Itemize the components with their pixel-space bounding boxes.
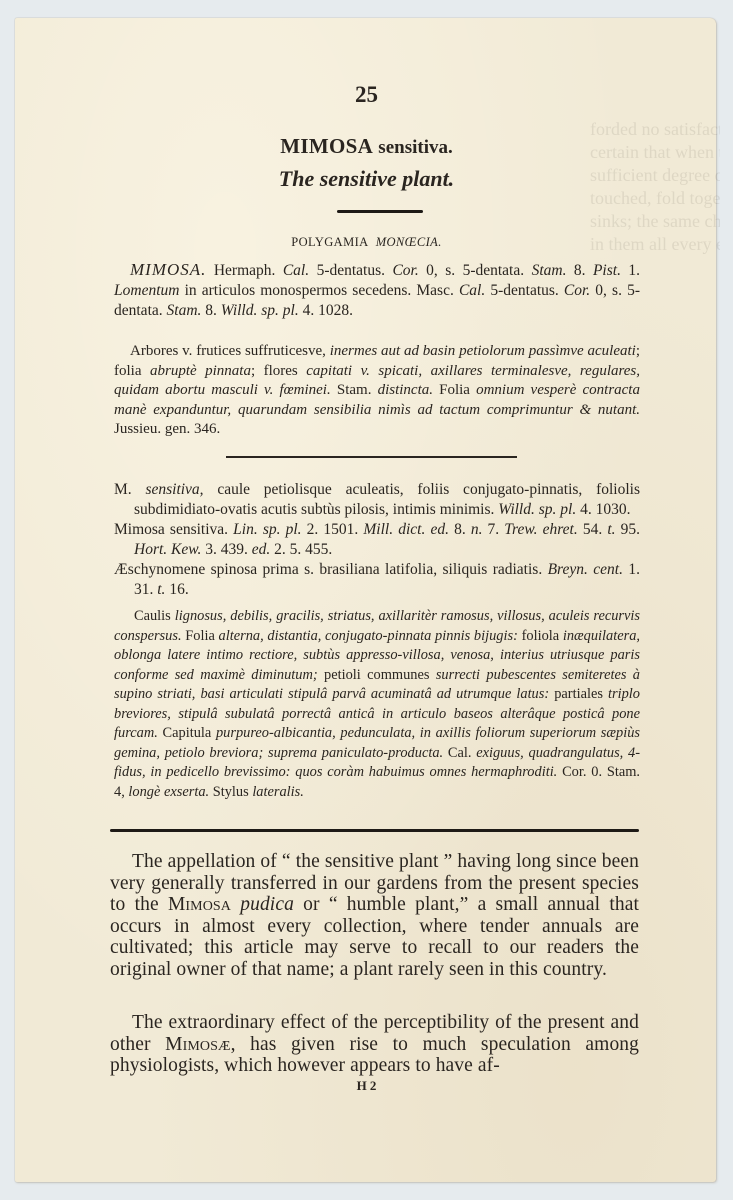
printer-signature: H 2 xyxy=(0,1078,733,1094)
family-character: Arbores v. frutices suffruticesve, inerm… xyxy=(114,342,640,440)
text: 1. xyxy=(621,262,640,279)
text: lateralis. xyxy=(252,784,304,800)
body-paragraph-2: The extraordinary effect of the percepti… xyxy=(110,1012,639,1077)
text: petioli communes xyxy=(318,667,436,683)
text: Folia xyxy=(433,382,476,398)
text: 2. 1501. xyxy=(302,521,364,538)
page-number: 25 xyxy=(0,82,733,108)
synonymy: M. sensitiva, caule petiolisque aculeati… xyxy=(114,480,640,600)
common-name: The sensitive plant. xyxy=(0,166,733,192)
text: t. xyxy=(607,521,615,538)
order-name: MONŒCIA. xyxy=(376,235,442,249)
text: 95. xyxy=(616,521,641,538)
text: Cal. xyxy=(283,262,309,279)
text: foliola xyxy=(518,628,563,644)
species-description: Caulis lignosus, debilis, gracilis, stri… xyxy=(114,607,640,802)
text: Mimosa xyxy=(168,894,231,915)
body-paragraph-1: The appellation of “ the sensitive plant… xyxy=(110,851,639,980)
text: longè exserta. xyxy=(128,784,209,800)
text: 4. 1028. xyxy=(299,302,353,319)
text: abruptè pinnata xyxy=(150,363,251,379)
text: Cal. xyxy=(459,282,485,299)
text: Hermaph. xyxy=(206,262,282,279)
citation: Trew. ehret. xyxy=(504,521,577,538)
text: Stam. xyxy=(532,262,567,279)
genus-name: MIMOSA xyxy=(280,134,373,158)
text: ed. xyxy=(252,541,271,558)
text: Cor. xyxy=(564,282,590,299)
text: Folia xyxy=(182,628,219,644)
text: 4. 1030. xyxy=(576,501,630,518)
citation: Breyn. cent. xyxy=(548,561,623,578)
text: 0, s. 5-dentata. xyxy=(419,262,532,279)
text: 7. xyxy=(482,521,504,538)
species-title: MIMOSA sensitiva. xyxy=(0,134,733,159)
text: Cor. xyxy=(392,262,418,279)
title-divider xyxy=(337,210,423,213)
text: Stylus xyxy=(209,784,252,800)
text: ; flores xyxy=(251,363,306,379)
section-divider-long xyxy=(110,829,639,832)
text: Mimosa sensitiva. xyxy=(114,521,233,538)
text: 8. xyxy=(449,521,471,538)
text: 54. xyxy=(578,521,608,538)
bleed-line: sinks; the same change of position takes… xyxy=(590,210,720,233)
text: Æschynomene spinosa prima s. brasiliana … xyxy=(114,561,548,578)
citation: Hort. Kew. xyxy=(134,541,201,558)
text: partiales xyxy=(549,686,608,702)
citation: Willd. sp. pl. xyxy=(498,501,576,518)
text: Caulis xyxy=(134,608,175,624)
text: Stam. xyxy=(167,302,202,319)
text: pudica xyxy=(231,894,294,915)
text: Capitula xyxy=(158,725,216,741)
text: Stam. xyxy=(331,382,378,398)
text: 3. 439. xyxy=(201,541,251,558)
section-divider xyxy=(226,456,517,458)
text: distincta. xyxy=(378,382,433,398)
generic-character: MIMOSA. Hermaph. Cal. 5-dentatus. Cor. 0… xyxy=(114,260,640,321)
synonym-entry: Mimosa sensitiva. Lin. sp. pl. 2. 1501. … xyxy=(114,520,640,560)
genus-lead: MIMOSA. xyxy=(130,260,206,279)
text: n. xyxy=(471,521,483,538)
text: inermes aut ad basin petiolorum passìmve… xyxy=(330,343,636,359)
text: Jussieu. gen. 346. xyxy=(114,421,220,437)
text: 16. xyxy=(165,581,188,598)
citation: Mill. dict. ed. xyxy=(363,521,449,538)
text: sensitiva, xyxy=(145,481,203,498)
class-name: POLYGAMIA xyxy=(291,235,368,249)
synonym-entry: M. sensitiva, caule petiolisque aculeati… xyxy=(114,480,640,520)
text: 2. 5. 455. xyxy=(270,541,332,558)
linnaean-class: POLYGAMIA MONŒCIA. xyxy=(0,235,733,250)
text: Cal. xyxy=(443,745,476,761)
citation: Lin. sp. pl. xyxy=(233,521,301,538)
text: Arbores v. frutices suffruticesve, xyxy=(130,343,330,359)
citation: Willd. sp. pl. xyxy=(221,302,299,319)
text: 8. xyxy=(566,262,593,279)
text: Pist. xyxy=(593,262,621,279)
text: 5-dentatus. xyxy=(309,262,392,279)
text: 8. xyxy=(201,302,220,319)
text: alterna, distantia, conjugato-pinnata pi… xyxy=(219,628,518,644)
text: 5-dentatus. xyxy=(485,282,564,299)
text: Mimosæ xyxy=(165,1034,230,1055)
text: Lomentum xyxy=(114,282,179,299)
species-name: sensitiva. xyxy=(378,137,452,158)
synonym-entry: Æschynomene spinosa prima s. brasiliana … xyxy=(114,560,640,600)
text: in articulos monospermos secedens. Masc. xyxy=(179,282,459,299)
text: M. xyxy=(114,481,145,498)
